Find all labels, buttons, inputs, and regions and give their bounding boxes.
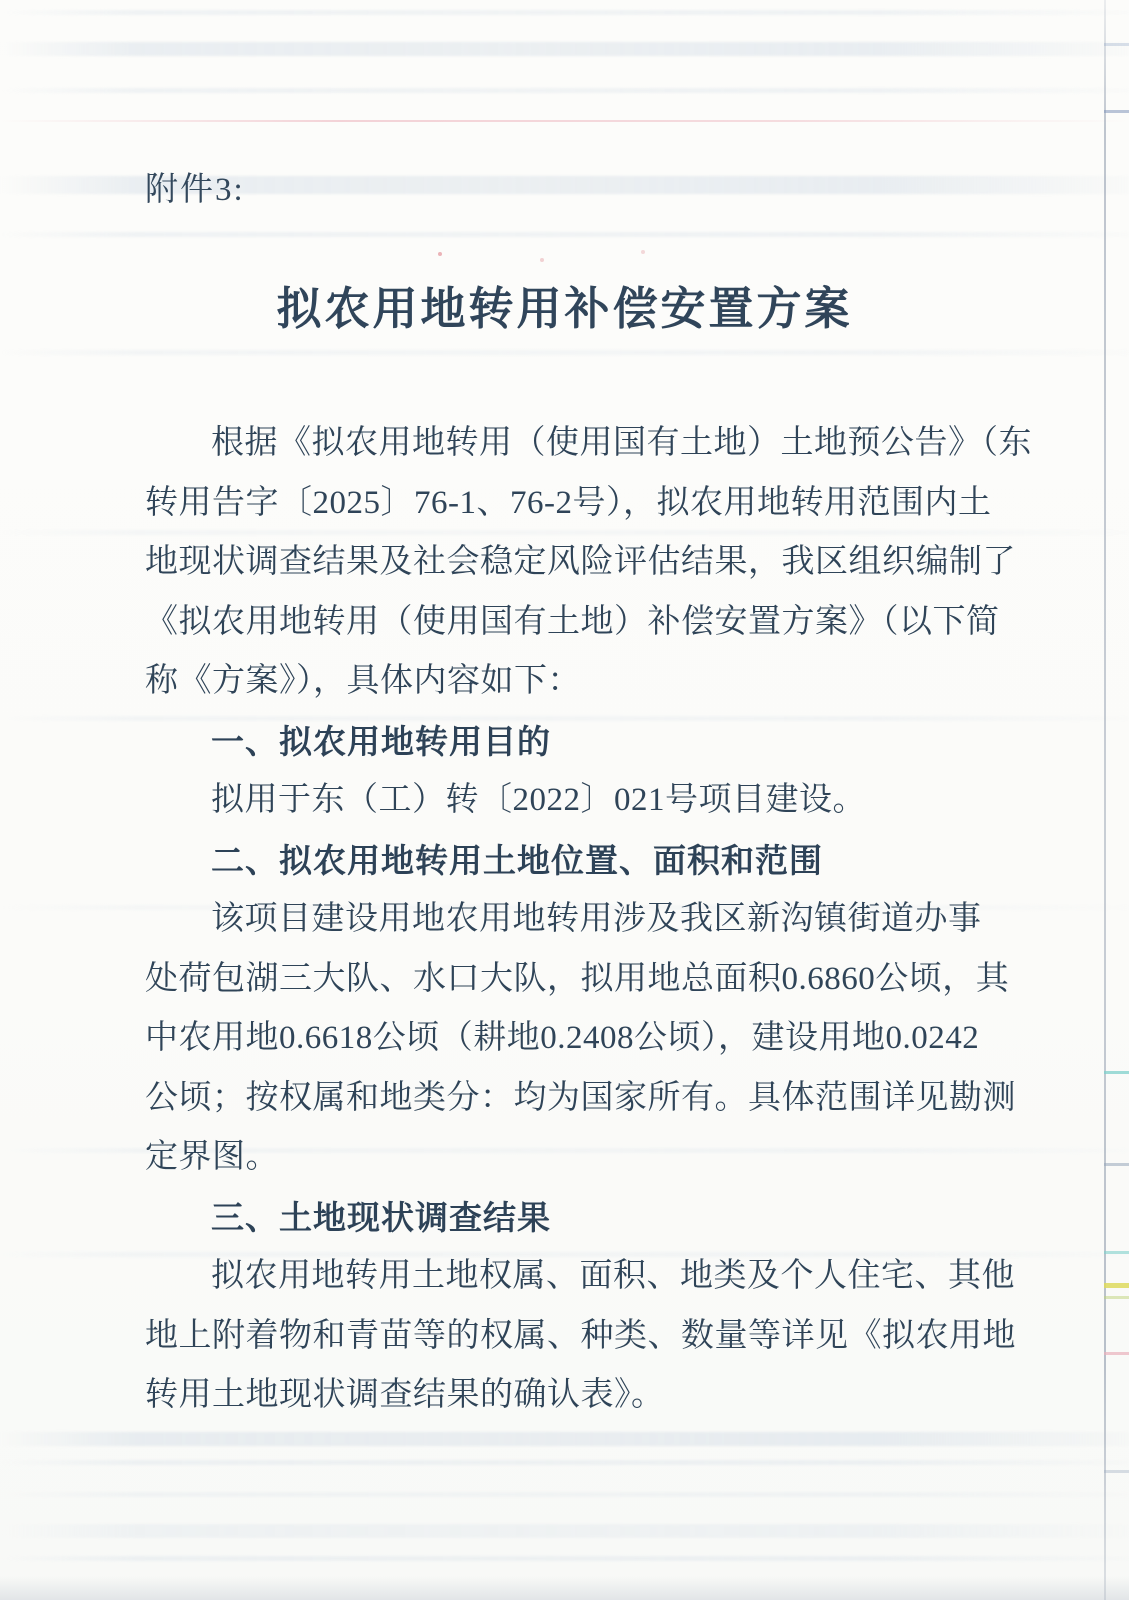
edge-tick <box>1104 1296 1129 1299</box>
edge-tick <box>1104 43 1129 46</box>
paragraph-line: 处荷包湖三大队、水口大队，拟用地总面积0.6860公顷，其 <box>145 950 917 1010</box>
paragraph-line: 定界图。 <box>145 1128 917 1188</box>
scan-streak <box>0 88 1129 93</box>
paragraph-line: 拟农用地转用土地权属、面积、地类及个人住宅、其他 <box>145 1247 917 1307</box>
paragraph-line: 转用告字〔2025〕76-1、76-2号），拟农用地转用范围内土 <box>145 474 917 534</box>
edge-tick <box>1104 1163 1129 1166</box>
section-heading-1: 一、拟农用地转用目的 <box>145 712 917 772</box>
edge-tick <box>1104 110 1129 113</box>
section-heading-2: 二、拟农用地转用土地位置、面积和范围 <box>145 831 917 891</box>
edge-tick <box>1104 1071 1129 1074</box>
scanned-document-page: 附件3: 拟农用地转用补偿安置方案 根据《拟农用地转用（使用国有土地）土地预公告… <box>0 0 1129 1600</box>
scan-speck <box>641 250 645 254</box>
paragraph-line: 中农用地0.6618公顷（耕地0.2408公顷），建设用地0.0242 <box>145 1009 917 1069</box>
paragraph-line: 拟用于东（工）转〔2022〕021号项目建设。 <box>145 771 917 831</box>
paragraph-line: 根据《拟农用地转用（使用国有土地）土地预公告》（东 <box>145 414 917 474</box>
scan-streak <box>0 1524 1129 1538</box>
document-body: 根据《拟农用地转用（使用国有土地）土地预公告》（东 转用告字〔2025〕76-1… <box>145 414 917 1426</box>
page-edge-line <box>1104 0 1106 1600</box>
scan-speck <box>540 258 544 262</box>
edge-tick <box>1104 1283 1129 1288</box>
paragraph-line: 地上附着物和青苗等的权属、种类、数量等详见《拟农用地 <box>145 1307 917 1367</box>
section-heading-3: 三、土地现状调查结果 <box>145 1188 917 1248</box>
paragraph-line: 转用土地现状调查结果的确认表》。 <box>145 1366 917 1426</box>
paragraph-line: 公顷；按权属和地类分：均为国家所有。具体范围详见勘测 <box>145 1069 917 1129</box>
scan-streak <box>0 42 1129 56</box>
edge-tick <box>1104 1470 1129 1473</box>
paragraph-line: 该项目建设用地农用地转用涉及我区新沟镇街道办事 <box>145 890 917 950</box>
edge-tick <box>1104 1251 1129 1254</box>
edge-tick <box>1104 1352 1129 1355</box>
paragraph-line: 《拟农用地转用（使用国有土地）补偿安置方案》（以下简 <box>145 593 917 653</box>
scan-speck <box>438 252 442 256</box>
document-title: 拟农用地转用补偿安置方案 <box>0 272 1129 337</box>
scan-streak <box>0 1556 1129 1561</box>
scan-streak <box>0 1492 1129 1497</box>
scan-streak <box>0 232 1129 237</box>
scan-streak <box>0 10 1129 15</box>
attachment-label: 附件3: <box>145 163 245 210</box>
scan-streak <box>0 1460 1129 1465</box>
scan-streak <box>0 1432 1129 1446</box>
paragraph-line: 地现状调查结果及社会稳定风险评估结果，我区组织编制了 <box>145 533 917 593</box>
scan-pink-line <box>0 120 1129 122</box>
scan-streak <box>0 350 1129 355</box>
scan-bottom-shade <box>0 1576 1129 1600</box>
paragraph-line: 称《方案》），具体内容如下： <box>145 652 917 712</box>
